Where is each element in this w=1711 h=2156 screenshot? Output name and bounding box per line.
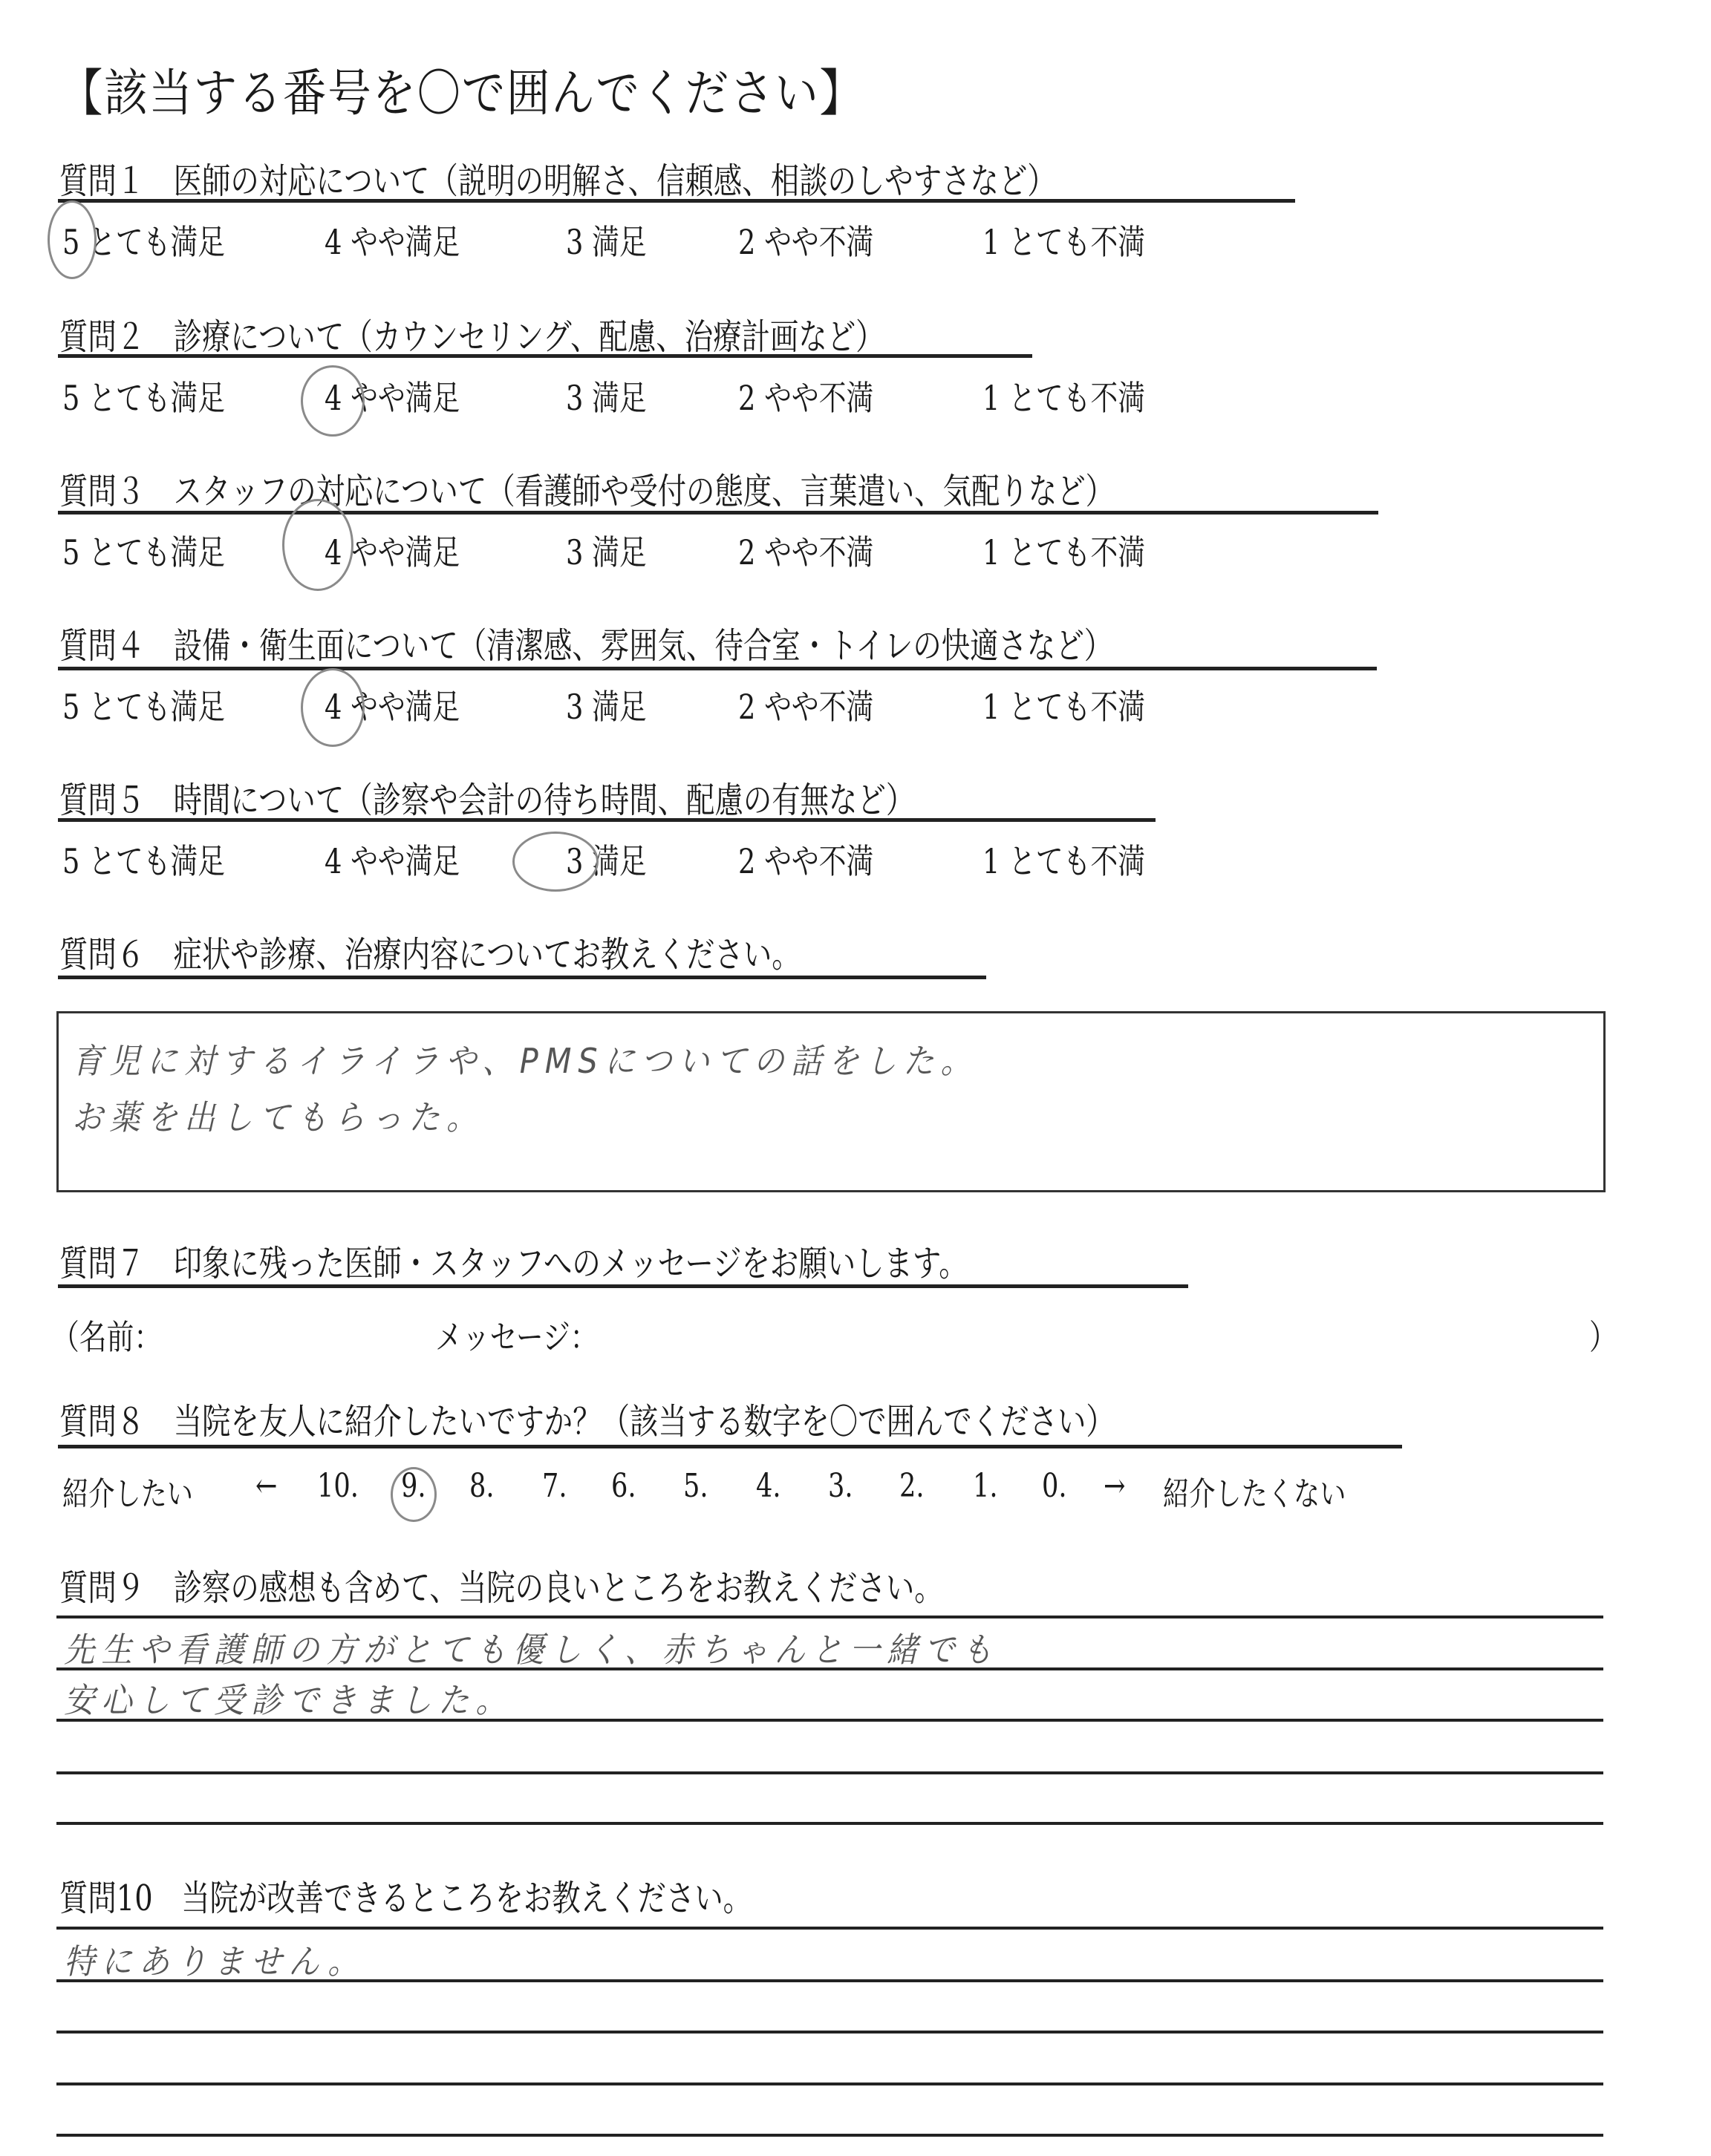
answer-line: [56, 1822, 1603, 1825]
answer-line: [56, 1616, 1603, 1618]
message-field[interactable]: [616, 1310, 1582, 1352]
handwritten-answer-line: お薬を出してもらった。: [72, 1091, 483, 1140]
option-3[interactable]: 3 満足: [566, 215, 647, 264]
question-2-label: 質問２ 診療について（カウンセリング、配慮、治療計画など）: [59, 308, 884, 359]
option-5[interactable]: 5 とても満足: [62, 834, 225, 883]
scale-4[interactable]: 4.: [756, 1467, 781, 1505]
question-7-underline: [58, 1284, 1188, 1288]
option-3[interactable]: 3 満足: [566, 680, 647, 729]
question-8-underline: [58, 1445, 1402, 1448]
recommend-right-label: 紹介したくない: [1163, 1467, 1346, 1515]
handwritten-answer-line: 育児に対するイライラや、PMSについての話をした。: [72, 1034, 978, 1083]
scale-1[interactable]: 1.: [973, 1467, 998, 1505]
option-5[interactable]: 5 とても満足: [62, 526, 225, 575]
handwritten-answer-line: 先生や看護師の方がとても優しく、赤ちゃんと一緒でも: [64, 1623, 999, 1672]
scale-3[interactable]: 3.: [828, 1467, 853, 1505]
option-2[interactable]: 2 やや不満: [738, 371, 873, 420]
option-5[interactable]: 5 とても満足: [62, 371, 225, 420]
scale-0[interactable]: 0.: [1042, 1467, 1067, 1505]
option-4[interactable]: 4 やや満足: [325, 834, 460, 883]
option-5[interactable]: 5 とても満足: [62, 680, 225, 729]
question-4-label: 質問４ 設備・衛生面について（清潔感、雰囲気、待合室・トイレの快適さなど）: [59, 617, 1112, 668]
question-5-label: 質問５ 時間について（診察や会計の待ち時間、配慮の有無など）: [59, 771, 914, 823]
question-1-label: 質問１ 医師の対応について（説明の明解さ、信頼感、相談のしやすさなど）: [59, 152, 1056, 203]
message-label: メッセージ：: [435, 1310, 598, 1359]
arrow-right-icon: →: [1104, 1467, 1126, 1505]
option-1[interactable]: 1 とても不満: [982, 215, 1145, 264]
option-3[interactable]: 3 満足: [566, 371, 647, 420]
hand-drawn-circle-icon: [282, 499, 353, 591]
hand-drawn-circle-icon: [301, 668, 365, 747]
page-title: 【該当する番号を〇で囲んでください】: [59, 53, 864, 125]
answer-line: [56, 1771, 1603, 1774]
question-5-underline: [58, 818, 1156, 822]
recommend-left-label: 紹介したい: [62, 1467, 193, 1515]
handwritten-answer-line: 特にありません。: [64, 1935, 365, 1984]
scale-8[interactable]: 8.: [469, 1467, 495, 1505]
question-4-underline: [58, 667, 1377, 670]
hand-drawn-circle-icon: [512, 832, 599, 892]
hand-drawn-circle-icon: [48, 200, 97, 279]
question-9-label: 質問９ 診察の感想も含めて、当院の良いところをお教えください。: [59, 1559, 943, 1610]
option-1[interactable]: 1 とても不満: [982, 680, 1145, 729]
hand-drawn-circle-icon: [301, 365, 365, 437]
hand-drawn-circle-icon: [391, 1467, 437, 1522]
option-2[interactable]: 2 やや不満: [738, 834, 873, 883]
question-1-underline: [58, 199, 1295, 203]
close-paren: ）: [1589, 1310, 1617, 1359]
name-label: （名前：: [52, 1310, 161, 1359]
option-1[interactable]: 1 とても不満: [982, 526, 1145, 575]
scale-10[interactable]: 10.: [317, 1467, 359, 1505]
answer-line: [56, 2082, 1603, 2085]
question-7-label: 質問７ 印象に残った医師・スタッフへのメッセージをお願いします。: [59, 1235, 968, 1286]
option-2[interactable]: 2 やや不満: [738, 215, 873, 264]
answer-line: [56, 1927, 1603, 1930]
scale-7[interactable]: 7.: [542, 1467, 567, 1505]
answer-line: [56, 2134, 1603, 2137]
question-10-label: 質問10 当院が改善できるところをお教えください。: [59, 1869, 752, 1921]
question-2-underline: [58, 354, 1032, 358]
question-6-label: 質問６ 症状や診療、治療内容についてお教えください。: [59, 926, 801, 977]
question-3-label: 質問３ スタッフの対応について（看護師や受付の態度、言葉遣い、気配りなど）: [59, 463, 1114, 514]
option-1[interactable]: 1 とても不満: [982, 371, 1145, 420]
arrow-left-icon: ←: [255, 1467, 278, 1505]
scale-2[interactable]: 2.: [899, 1467, 925, 1505]
option-4[interactable]: 4 やや満足: [325, 215, 460, 264]
question-3-underline: [58, 511, 1378, 514]
scale-5[interactable]: 5.: [683, 1467, 708, 1505]
option-2[interactable]: 2 やや不満: [738, 680, 873, 729]
question-8-label: 質問８ 当院を友人に紹介したいですか？（該当する数字を〇で囲んでください）: [59, 1393, 1115, 1444]
option-2[interactable]: 2 やや不満: [738, 526, 873, 575]
scale-6[interactable]: 6.: [611, 1467, 636, 1505]
name-field[interactable]: [186, 1310, 408, 1352]
answer-line: [56, 2031, 1603, 2033]
option-1[interactable]: 1 とても不満: [982, 834, 1145, 883]
option-3[interactable]: 3 満足: [566, 526, 647, 575]
answer-box-q6[interactable]: 育児に対するイライラや、PMSについての話をした。 お薬を出してもらった。: [56, 1011, 1606, 1192]
handwritten-answer-line: 安心して受診できました。: [64, 1673, 513, 1722]
question-6-underline: [58, 976, 986, 979]
